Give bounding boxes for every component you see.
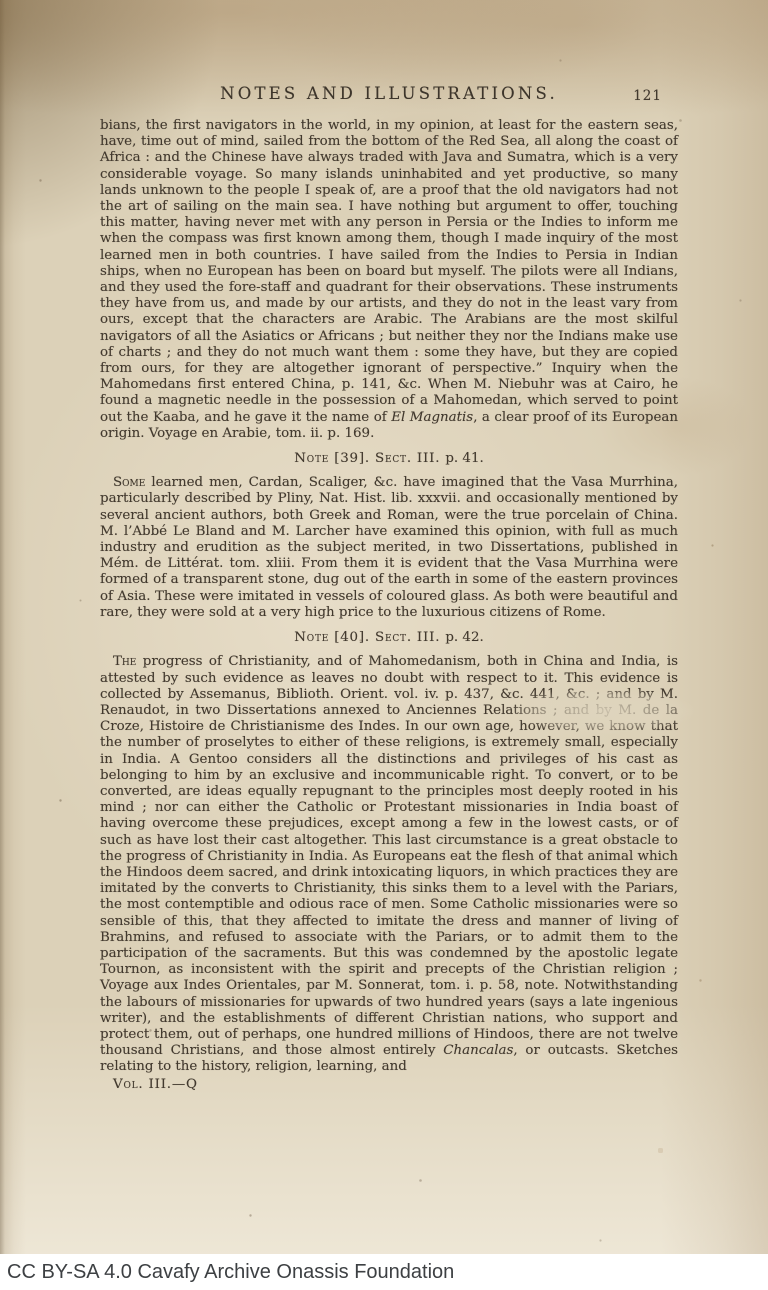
scanned-book-page: NOTES AND ILLUSTRATIONS. 121 bians, the … xyxy=(0,0,768,1290)
note-40-heading-smallcaps: Note [40]. Sect. III. xyxy=(294,630,440,645)
italic-term-el-magnatis: El Magnatis xyxy=(391,410,473,425)
attribution-text: CC BY-SA 4.0 Cavafy Archive Onassis Foun… xyxy=(7,1261,454,1284)
note-40-paragraph: The progress of Christianity, and of Mah… xyxy=(100,654,678,1075)
page-header: NOTES AND ILLUSTRATIONS. 121 xyxy=(100,86,678,110)
attribution-bar: CC BY-SA 4.0 Cavafy Archive Onassis Foun… xyxy=(0,1254,768,1290)
note-39-paragraph: Some learned men, Cardan, Scaliger, &c. … xyxy=(100,475,678,621)
note-39-heading-pageref: p. 41. xyxy=(445,451,483,466)
note-40-heading: Note [40]. Sect. III.p. 42. xyxy=(100,630,678,646)
page-title: NOTES AND ILLUSTRATIONS. xyxy=(100,86,678,102)
lead-word: Some xyxy=(113,475,145,490)
paragraph-text: progress of Christianity, and of Mahomed… xyxy=(100,654,678,1058)
paragraph-text: bians, the first navigators in the world… xyxy=(100,118,678,425)
paragraph-text: learned men, Cardan, Scaliger, &c. have … xyxy=(100,475,678,620)
note-40-heading-pageref: p. 42. xyxy=(445,630,483,645)
lead-word: The xyxy=(113,654,136,669)
volume-signature-text: Vol. III.—Q xyxy=(113,1077,198,1092)
page-number: 121 xyxy=(633,88,662,104)
paragraph-continuation: bians, the first navigators in the world… xyxy=(100,118,678,442)
page-text-block: NOTES AND ILLUSTRATIONS. 121 bians, the … xyxy=(100,86,678,1093)
note-39-heading-smallcaps: Note [39]. Sect. III. xyxy=(294,451,440,466)
italic-term-chancalas: Chancalas xyxy=(443,1043,513,1058)
note-39-heading: Note [39]. Sect. III.p. 41. xyxy=(100,451,678,467)
paper-speckles xyxy=(0,0,1,1)
volume-signature-footer: Vol. III.—Q xyxy=(100,1077,678,1093)
